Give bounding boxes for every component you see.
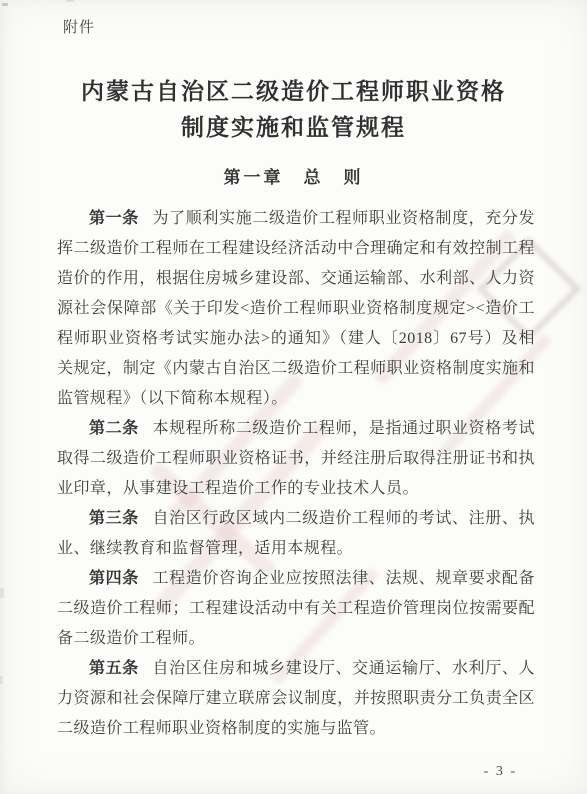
document-page: 附件 内蒙古自治区二级造价工程师职业资格 制度实施和监管规程 第一章 总 则 第… bbox=[0, 0, 587, 794]
article-4: 第四条工程造价咨询企业应按照法律、法规、规章要求配备二级造价工程师；工程建设活动… bbox=[57, 564, 535, 654]
article-5: 第五条自治区住房和城乡建设厅、交通运输厅、水利厅、人力资源和社会保障厅建立联席会… bbox=[57, 654, 535, 744]
page-number: - 3 - bbox=[484, 764, 517, 780]
document-body: 第一条为了顺利实施二级造价工程师职业资格制度，充分发挥二级造价工程师在工程建设经… bbox=[57, 204, 535, 744]
article-3: 第三条自治区行政区域内二级造价工程师的考试、注册、执业、继续教育和监督管理，适用… bbox=[57, 504, 535, 564]
article-4-label: 第四条 bbox=[89, 570, 139, 587]
article-3-label: 第三条 bbox=[89, 510, 139, 527]
article-2-label: 第二条 bbox=[89, 420, 139, 437]
scan-speck bbox=[66, 0, 74, 2]
article-1-text: 为了顺利实施二级造价工程师职业资格制度，充分发挥二级造价工程师在工程建设经济活动… bbox=[57, 210, 535, 407]
article-1: 第一条为了顺利实施二级造价工程师职业资格制度，充分发挥二级造价工程师在工程建设经… bbox=[57, 204, 535, 414]
chapter-heading: 第一章 总 则 bbox=[0, 163, 587, 188]
article-2: 第二条本规程所称二级造价工程师，是指通过职业资格考试取得二级造价工程师职业资格证… bbox=[57, 414, 535, 504]
scan-speck bbox=[0, 676, 3, 684]
article-5-label: 第五条 bbox=[89, 660, 139, 677]
scan-speck bbox=[2, 3, 8, 6]
title-line-1: 内蒙古自治区二级造价工程师职业资格 bbox=[0, 74, 587, 110]
scan-speck bbox=[0, 588, 4, 598]
title-line-2: 制度实施和监管规程 bbox=[0, 110, 587, 146]
attachment-label: 附件 bbox=[63, 16, 95, 37]
article-1-label: 第一条 bbox=[89, 210, 139, 227]
document-title: 内蒙古自治区二级造价工程师职业资格 制度实施和监管规程 bbox=[0, 74, 587, 146]
